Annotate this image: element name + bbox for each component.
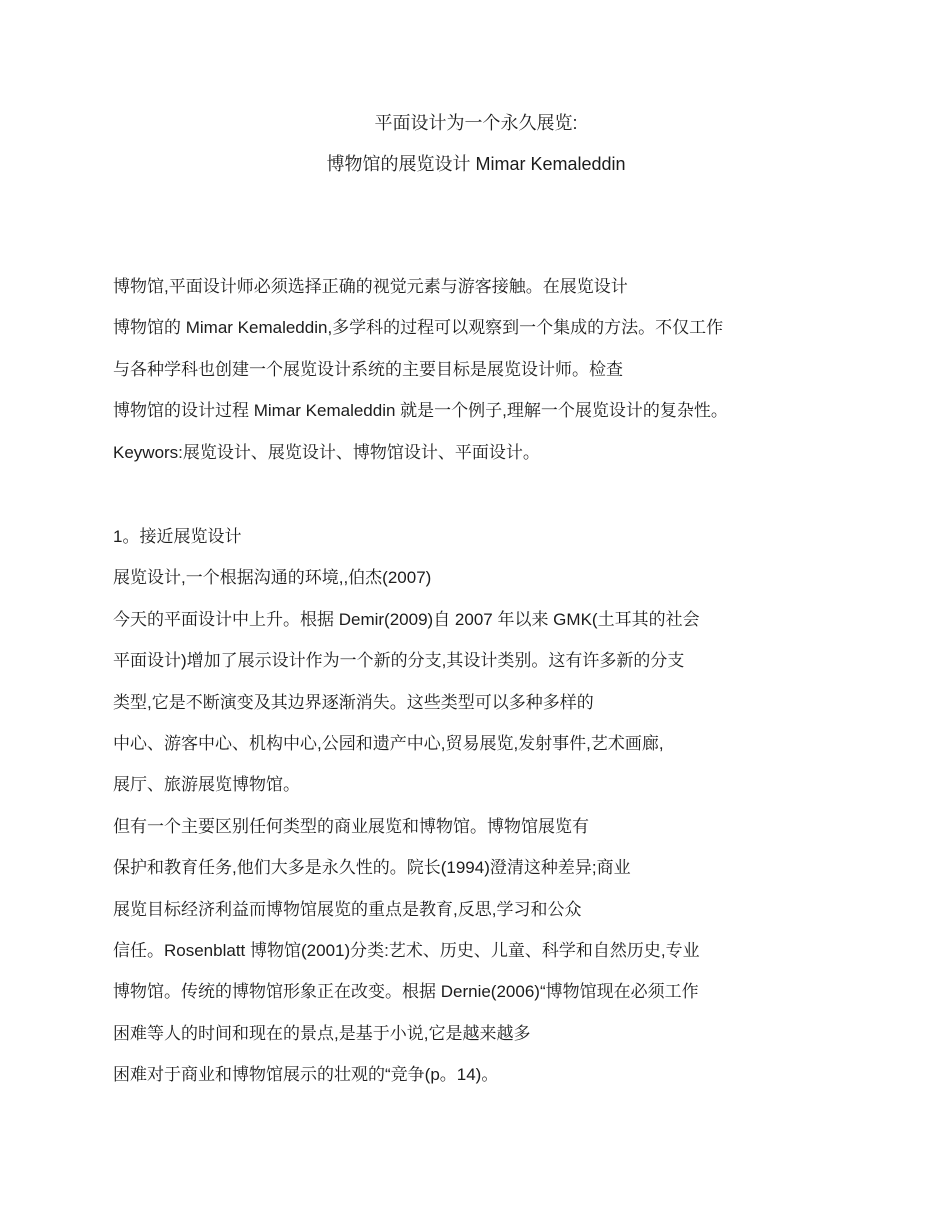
title-line-2: 博物馆的展览设计 Mimar Kemaleddin <box>0 144 952 185</box>
body-line: 困难等人的时间和现在的景点,是基于小说,它是越来越多 <box>113 1013 700 1054</box>
abstract-line: 博物馆的 Mimar Kemaleddin,多学科的过程可以观察到一个集成的方法… <box>113 307 728 348</box>
body-line: 类型,它是不断演变及其边界逐渐消失。这些类型可以多种多样的 <box>113 682 700 723</box>
body-line: 博物馆。传统的博物馆形象正在改变。根据 Dernie(2006)“博物馆现在必须… <box>113 971 700 1012</box>
body-line: 困难对于商业和博物馆展示的壮观的“竞争(p。14)。 <box>113 1054 700 1095</box>
section-heading: 1。接近展览设计 <box>113 516 700 557</box>
abstract-line: 博物馆,平面设计师必须选择正确的视觉元素与游客接触。在展览设计 <box>113 266 728 307</box>
document-title: 平面设计为一个永久展览: 博物馆的展览设计 Mimar Kemaleddin <box>0 103 952 186</box>
document-page: 平面设计为一个永久展览: 博物馆的展览设计 Mimar Kemaleddin 博… <box>0 0 952 1232</box>
body-line: 中心、游客中心、机构中心,公园和遗产中心,贸易展览,发射事件,艺术画廊, <box>113 723 700 764</box>
body-line: 今天的平面设计中上升。根据 Demir(2009)自 2007 年以来 GMK(… <box>113 599 700 640</box>
section-1: 1。接近展览设计 展览设计,一个根据沟通的环境,,伯杰(2007) 今天的平面设… <box>113 516 700 1095</box>
abstract-line: 博物馆的设计过程 Mimar Kemaleddin 就是一个例子,理解一个展览设… <box>113 390 728 431</box>
body-line: 展览目标经济利益而博物馆展览的重点是教育,反思,学习和公众 <box>113 889 700 930</box>
abstract-paragraph: 博物馆,平面设计师必须选择正确的视觉元素与游客接触。在展览设计 博物馆的 Mim… <box>113 266 728 473</box>
body-line: 平面设计)增加了展示设计作为一个新的分支,其设计类别。这有许多新的分支 <box>113 640 700 681</box>
body-line: 保护和教育任务,他们大多是永久性的。院长(1994)澄清这种差异;商业 <box>113 847 700 888</box>
abstract-line: 与各种学科也创建一个展览设计系统的主要目标是展览设计师。检查 <box>113 349 728 390</box>
body-line: 信任。Rosenblatt 博物馆(2001)分类:艺术、历史、儿童、科学和自然… <box>113 930 700 971</box>
body-line: 但有一个主要区别任何类型的商业展览和博物馆。博物馆展览有 <box>113 806 700 847</box>
body-line: 展厅、旅游展览博物馆。 <box>113 764 700 805</box>
body-line: 展览设计,一个根据沟通的环境,,伯杰(2007) <box>113 557 700 598</box>
keywords-line: Keywors:展览设计、展览设计、博物馆设计、平面设计。 <box>113 432 728 473</box>
title-line-1: 平面设计为一个永久展览: <box>0 103 952 144</box>
